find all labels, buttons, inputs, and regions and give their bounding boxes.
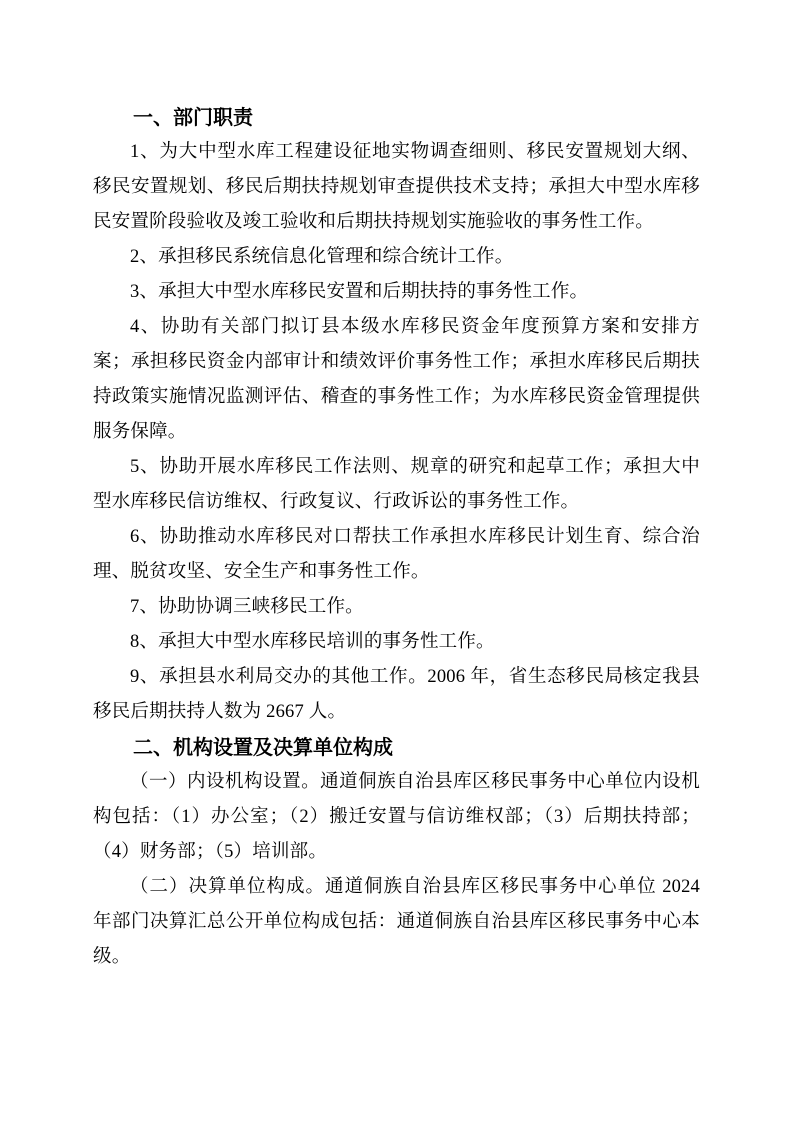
duty-item-7: 7、协助协调三峡移民工作。	[93, 590, 700, 625]
document-page: 一、部门职责 1、为大中型水库工程建设征地实物调查细则、移民安置规划大纲、移民安…	[0, 0, 793, 1122]
duty-item-3: 3、承担大中型水库移民安置和后期扶持的事务性工作。	[93, 275, 700, 310]
duty-item-4: 4、协助有关部门拟订县本级水库移民资金年度预算方案和安排方案；承担移民资金内部审…	[93, 310, 700, 450]
section-heading-duties: 一、部门职责	[93, 100, 700, 135]
duty-item-9: 9、承担县水利局交办的其他工作。2006 年，省生态移民局核定我县移民后期扶持人…	[93, 660, 700, 730]
duty-item-5: 5、协助开展水库移民工作法则、规章的研究和起草工作；承担大中型水库移民信访维权、…	[93, 450, 700, 520]
section-heading-organization: 二、机构设置及决算单位构成	[93, 730, 700, 765]
org-unit-composition-paragraph: （二）决算单位构成。通道侗族自治县库区移民事务中心单位 2024 年部门决算汇总…	[93, 870, 700, 975]
duty-item-6: 6、协助推动水库移民对口帮扶工作承担水库移民计划生育、综合治理、脱贫攻坚、安全生…	[93, 520, 700, 590]
duty-item-1: 1、为大中型水库工程建设征地实物调查细则、移民安置规划大纲、移民安置规划、移民后…	[93, 135, 700, 240]
duty-item-8: 8、承担大中型水库移民培训的事务性工作。	[93, 625, 700, 660]
org-internal-structure-paragraph: （一）内设机构设置。通道侗族自治县库区移民事务中心单位内设机构包括：（1）办公室…	[93, 765, 700, 870]
duty-item-2: 2、承担移民系统信息化管理和综合统计工作。	[93, 240, 700, 275]
